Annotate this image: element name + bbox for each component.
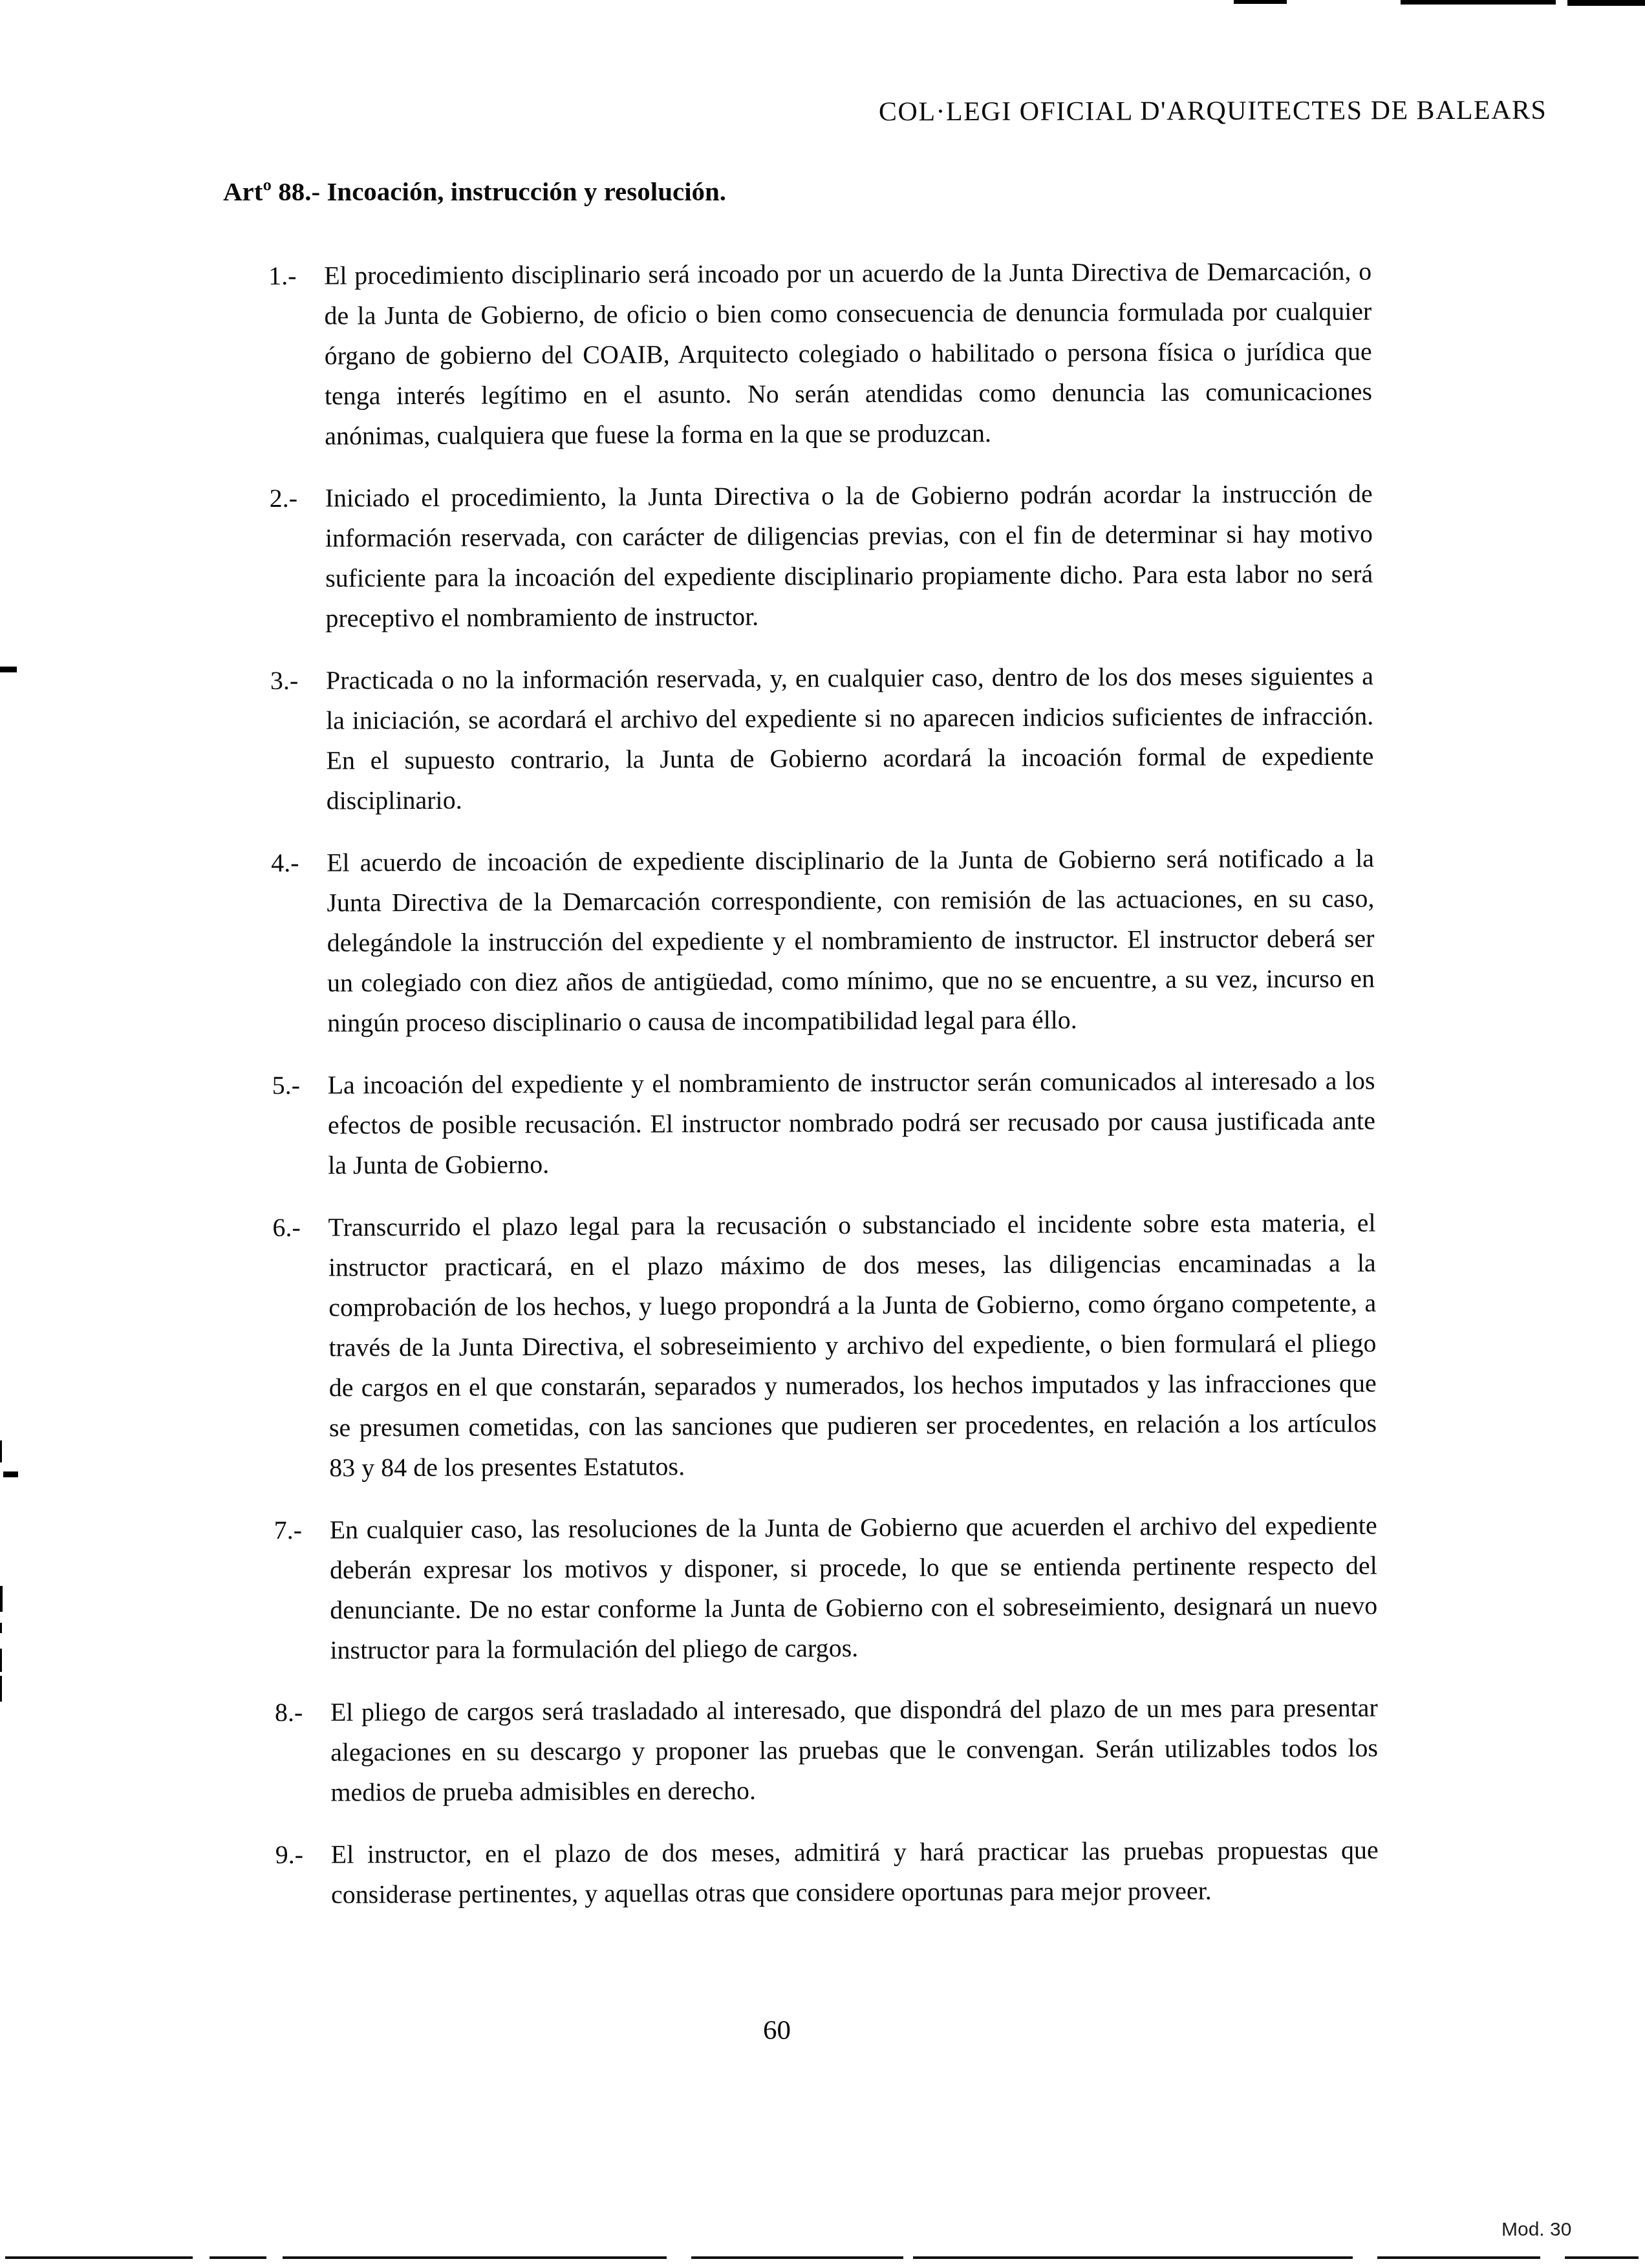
paragraph-text: Iniciado el procedimiento, la Junta Dire… [325, 474, 1373, 639]
scan-artifact-left-edge [0, 1440, 2, 1462]
organization-header: COL·LEGI OFICIAL D'ARQUITECTES DE BALEAR… [878, 95, 1547, 128]
numbered-paragraph: 1.- El procedimiento disciplinario será … [268, 251, 1372, 456]
paragraph-text: El acuerdo de incoación de expediente di… [327, 839, 1375, 1043]
scan-artifact-left-edge [0, 1649, 2, 1672]
paragraph-number: 7.- [274, 1510, 330, 1671]
paragraph-text: Practicada o no la información reservada… [326, 656, 1374, 821]
numbered-paragraph: 7.- En cualquier caso, las resoluciones … [274, 1506, 1377, 1671]
paragraph-text: Transcurrido el plazo legal para la recu… [328, 1203, 1377, 1488]
paragraph-text: En cualquier caso, las resoluciones de l… [329, 1506, 1377, 1671]
paragraph-number: 3.- [270, 661, 327, 821]
paragraph-number: 9.- [275, 1835, 332, 1915]
paragraph-number: 4.- [271, 843, 327, 1043]
paragraph-text: El pliego de cargos será trasladado al i… [330, 1688, 1379, 1813]
numbered-paragraph: 9.- El instructor, en el plazo de dos me… [275, 1830, 1379, 1915]
numbered-paragraph: 8.- El pliego de cargos será trasladado … [275, 1688, 1379, 1813]
numbered-paragraph: 4.- El acuerdo de incoación de expedient… [271, 839, 1375, 1043]
numbered-paragraph: 3.- Practicada o no la información reser… [270, 656, 1374, 821]
scan-artifact-top [1567, 0, 1645, 6]
paragraph-number: 5.- [272, 1065, 328, 1186]
paragraph-number: 6.- [272, 1208, 329, 1488]
form-model-label: Mod. 30 [1501, 2219, 1571, 2241]
numbered-paragraph: 5.- La incoación del expediente y el nom… [272, 1061, 1375, 1186]
numbered-paragraph: 6.- Transcurrido el plazo legal para la … [272, 1203, 1377, 1488]
scan-artifact-top [1234, 0, 1287, 4]
scan-artifact-top [1401, 0, 1556, 5]
article-title: Artº 88.- Incoación, instrucción y resol… [223, 176, 726, 207]
paragraph-number: 8.- [275, 1693, 331, 1813]
scan-artifact-left-dash [0, 667, 17, 672]
paragraph-text: La incoación del expediente y el nombram… [327, 1061, 1375, 1186]
page-number: 60 [763, 2015, 791, 2046]
scan-artifact-left-edge [0, 1623, 2, 1633]
scan-artifact-left-edge [0, 1676, 2, 1702]
paragraph-number: 2.- [270, 478, 326, 639]
paragraph-number: 1.- [268, 256, 325, 456]
bottom-scan-line [5, 2256, 1639, 2259]
numbered-paragraph-list: 1.- El procedimiento disciplinario será … [268, 251, 1379, 1937]
paragraph-text: El instructor, en el plazo de dos meses,… [331, 1830, 1379, 1915]
scan-artifact-left-dash [3, 1471, 18, 1477]
numbered-paragraph: 2.- Iniciado el procedimiento, la Junta … [270, 474, 1373, 639]
scanned-document-page: COL·LEGI OFICIAL D'ARQUITECTES DE BALEAR… [0, 0, 1645, 2268]
scan-artifact-left-edge [0, 1586, 3, 1612]
paragraph-text: El procedimiento disciplinario será inco… [324, 251, 1372, 456]
